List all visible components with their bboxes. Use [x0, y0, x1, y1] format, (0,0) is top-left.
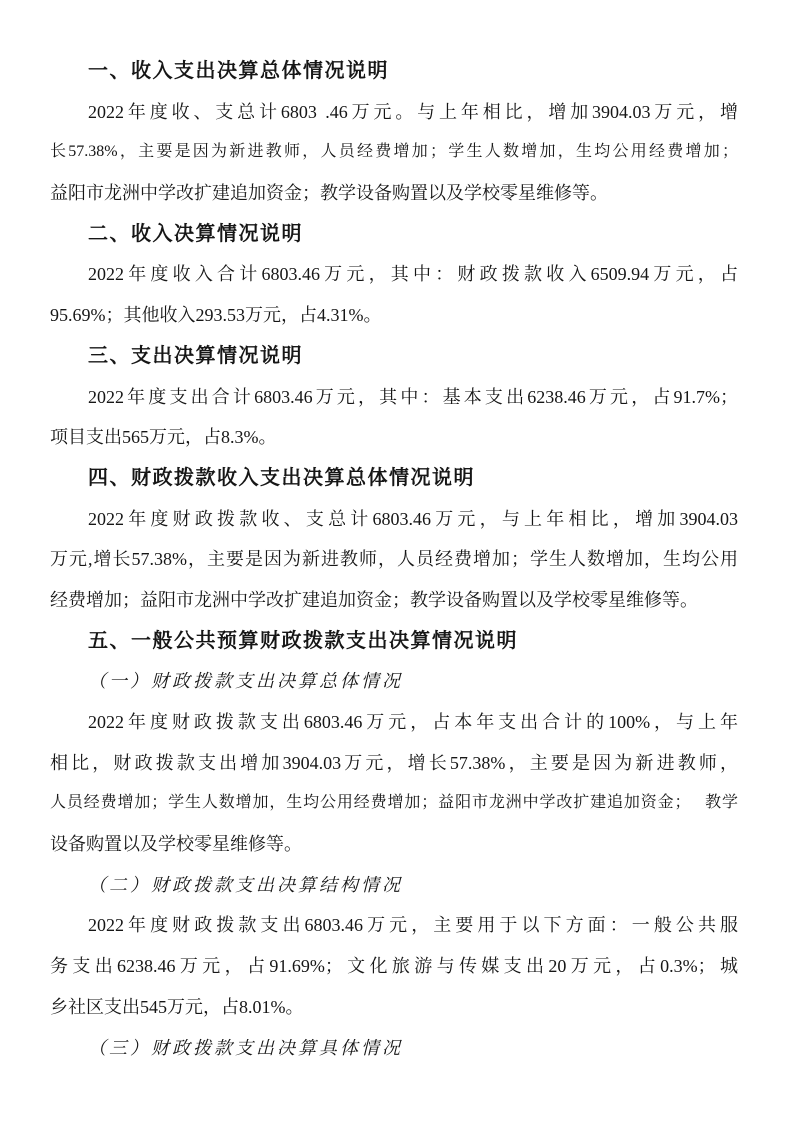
body-line: 2022年度财政拨款收、支总计6803.46万元，与上年相比，增加3904.03: [50, 499, 738, 540]
body-line: 95.69%；其他收入293.53万元，占4.31%。: [50, 295, 738, 336]
subsection-heading-3: （三）财政拨款支出决算具体情况: [50, 1028, 738, 1069]
body-line: 人员经费增加；学生人数增加，生均公用经费增加；益阳市龙洲中学改扩建追加资金； 教…: [50, 783, 738, 824]
body-line: 2022年度支出合计6803.46万元，其中：基本支出6238.46万元，占91…: [50, 377, 738, 418]
body-line: 万元,增长57.38%，主要是因为新进教师，人员经费增加；学生人数增加，生均公用: [50, 539, 738, 580]
body-line: 务支出6238.46万元，占91.69%；文化旅游与传媒支出20万元，占0.3%…: [50, 946, 738, 987]
body-line: 益阳市龙洲中学改扩建追加资金；教学设备购置以及学校零星维修等。: [50, 173, 738, 214]
section-heading-5: 五、一般公共预算财政拨款支出决算情况说明: [50, 621, 738, 662]
subsection-heading-1: （一）财政拨款支出决算总体情况: [50, 661, 738, 702]
body-line: 经费增加；益阳市龙洲中学改扩建追加资金；教学设备购置以及学校零星维修等。: [50, 580, 738, 621]
body-line: 设备购置以及学校零星维修等。: [50, 824, 738, 865]
body-line: 2022年度收入合计6803.46万元，其中：财政拨款收入6509.94万元，占: [50, 254, 738, 295]
body-line: 2022年度收、支总计6803 .46万元。与上年相比，增加3904.03万元，…: [50, 92, 738, 133]
section-heading-4: 四、财政拨款收入支出决算总体情况说明: [50, 458, 738, 499]
body-line: 2022年度财政拨款支出6803.46万元，主要用于以下方面：一般公共服: [50, 905, 738, 946]
section-heading-3: 三、支出决算情况说明: [50, 336, 738, 377]
body-line: 项目支出565万元，占8.3%。: [50, 417, 738, 458]
body-line: 长57.38%，主要是因为新进教师，人员经费增加；学生人数增加，生均公用经费增加…: [50, 132, 738, 173]
subsection-heading-2: （二）财政拨款支出决算结构情况: [50, 865, 738, 906]
section-heading-2: 二、收入决算情况说明: [50, 214, 738, 255]
body-line: 相比，财政拨款支出增加3904.03万元，增长57.38%，主要是因为新进教师，: [50, 743, 738, 784]
document-page: 一、收入支出决算总体情况说明 2022年度收、支总计6803 .46万元。与上年…: [0, 0, 794, 1122]
body-line: 2022年度财政拨款支出6803.46万元，占本年支出合计的100%，与上年: [50, 702, 738, 743]
document-content: 一、收入支出决算总体情况说明 2022年度收、支总计6803 .46万元。与上年…: [50, 51, 738, 1068]
section-heading-1: 一、收入支出决算总体情况说明: [50, 51, 738, 92]
body-line: 乡社区支出545万元，占8.01%。: [50, 987, 738, 1028]
